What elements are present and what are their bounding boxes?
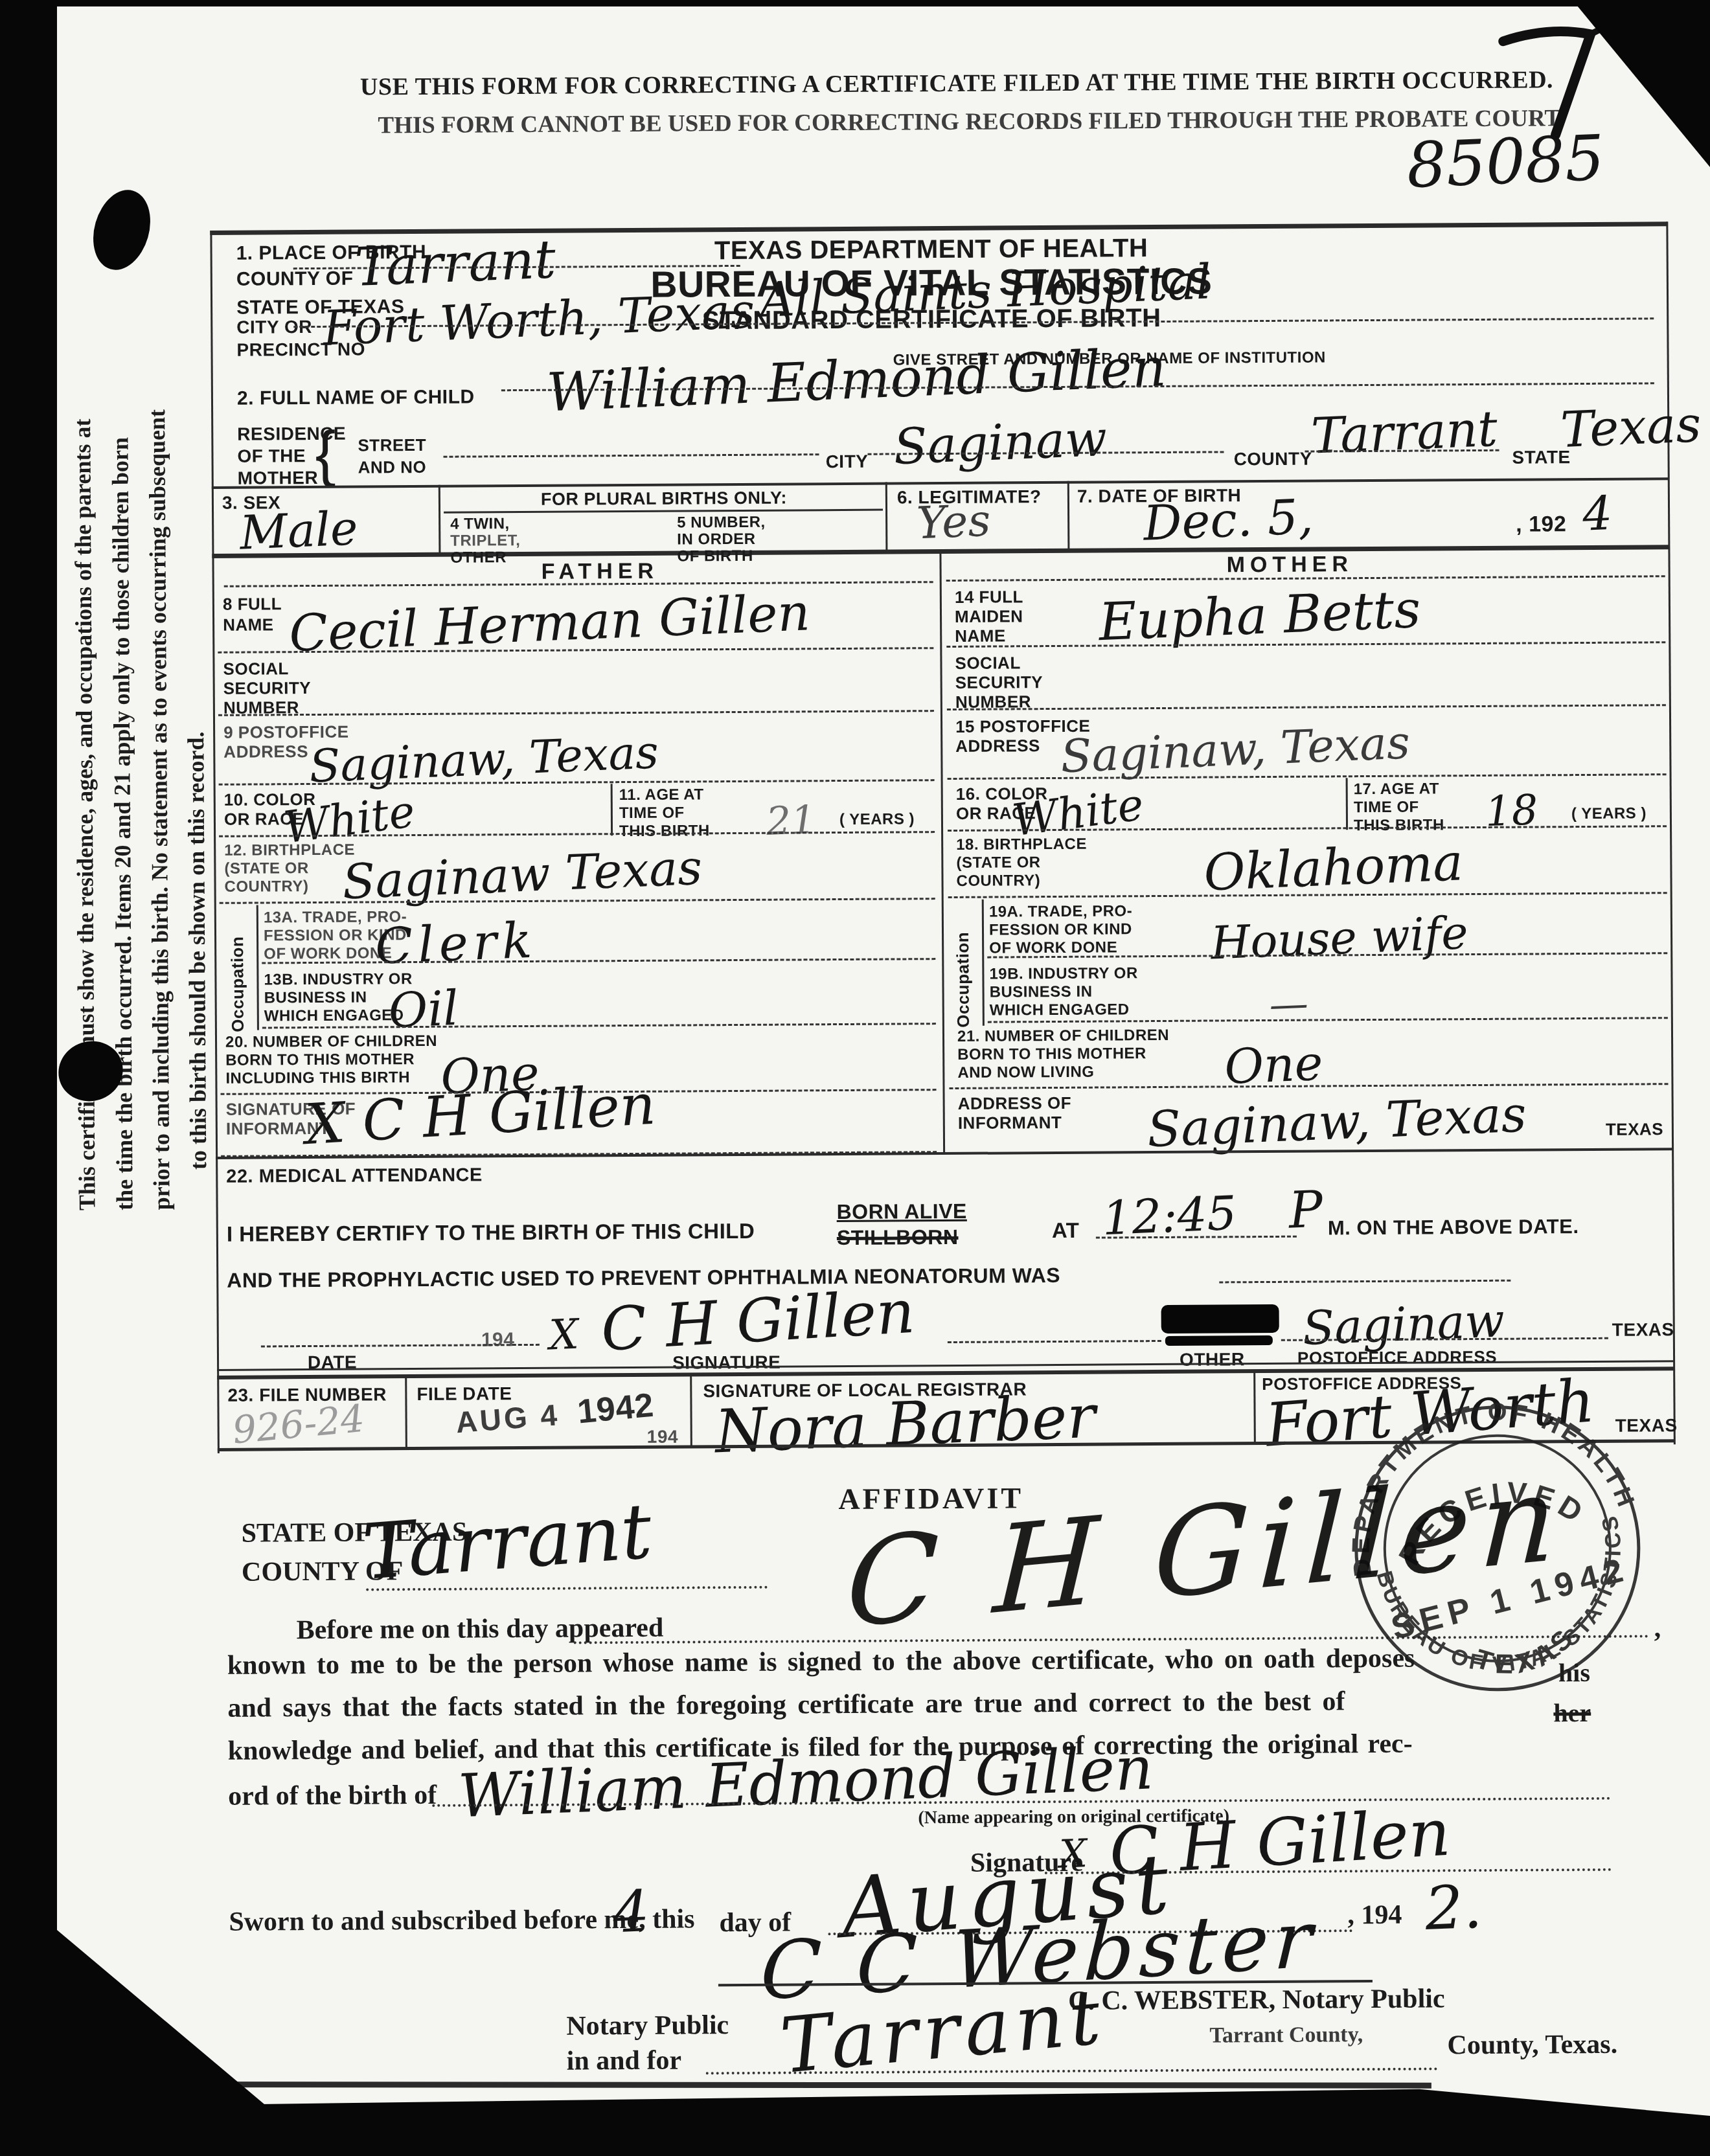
father-age-label2: TIME OF: [619, 804, 685, 823]
mother-children-label1: 21. NUMBER OF CHILDREN: [957, 1027, 1169, 1047]
res-county-value: Tarrant: [1310, 400, 1499, 465]
father-trade-value: Clerk: [374, 911, 538, 975]
mother-bp-value: Oklahoma: [1203, 834, 1465, 902]
legitimate-value: Yes: [916, 495, 992, 550]
sigrow-state: TEXAS: [1612, 1319, 1674, 1341]
mother-name-label2: MAIDEN: [955, 606, 1023, 627]
struck-word-blob: [1161, 1304, 1279, 1333]
mother-addr-label2: INFORMANT: [958, 1113, 1062, 1133]
plural-b3: OF BIRTH: [677, 547, 753, 567]
father-age-label1: 11. AGE AT: [619, 786, 704, 805]
father-ssn-label1: SOCIAL: [223, 659, 288, 679]
certify-text: I HEREBY CERTIFY TO THE BIRTH OF THIS CH…: [227, 1218, 755, 1247]
father-years-label: ( YEARS ): [839, 810, 915, 830]
father-bp-label3: COUNTRY): [224, 878, 308, 897]
certify-tail: M. ON THE ABOVE DATE.: [1328, 1214, 1579, 1240]
sigrow-194: 194: [481, 1328, 515, 1352]
sex-row-v1: [439, 485, 441, 554]
margin-note-line2: the time the birth occurred. Items 20 an…: [106, 437, 138, 1210]
mother-po-line: [948, 773, 1667, 780]
scanned-birth-certificate: USE THIS FORM FOR CORRECTING A CERTIFICA…: [0, 0, 1710, 2156]
mother-addr-value: Saginaw, Texas: [1146, 1085, 1527, 1158]
plural-a3: OTHER: [450, 549, 507, 567]
sworn-year-printed: , 194: [1347, 1900, 1402, 1931]
mother-header: MOTHER: [1226, 551, 1353, 578]
notary-printed-name: C. C. WEBSTER, Notary Public: [1068, 1983, 1445, 2017]
mother-po-label2: ADDRESS: [955, 736, 1040, 756]
residence-label2: OF THE: [237, 445, 306, 467]
father-name-label2: NAME: [223, 615, 274, 635]
father-ssn-line: [218, 710, 934, 716]
margin-note-line4: to this birth should be shown on this re…: [182, 731, 212, 1170]
mother-age-label2: TIME OF: [1354, 799, 1419, 817]
mother-occupation-vertical: Occupation: [953, 932, 974, 1028]
father-occ-divider: [256, 905, 259, 1030]
father-age-value: 21: [766, 797, 817, 845]
certify-at-label: AT: [1052, 1218, 1080, 1243]
medical-attendance-label: 22. MEDICAL ATTENDANCE: [226, 1164, 483, 1188]
plural-a1: 4 TWIN,: [450, 515, 510, 534]
father-header: FATHER: [541, 558, 659, 585]
file-date-stamp-year: 1942: [576, 1385, 655, 1433]
mother-bp-label2: (STATE OR: [956, 854, 1040, 873]
mother-trade-value: House wife: [1210, 906, 1470, 970]
father-ssn-label2: SECURITY: [223, 678, 312, 699]
affidavit-line2: known to me to be the person whose name …: [227, 1643, 1415, 1681]
filerow-v2: [690, 1375, 692, 1446]
mother-ssn-line: [947, 704, 1666, 710]
affidavit-line5: ord of the birth of: [228, 1780, 437, 1812]
mother-years-label: ( YEARS ): [1571, 804, 1647, 824]
mother-name-label3: NAME: [955, 626, 1006, 646]
res-city-label: CITY: [825, 451, 868, 473]
notary-tail: County, Texas.: [1447, 2029, 1617, 2061]
mother-age-value: 18: [1484, 786, 1538, 836]
sigrow-po-label: POSTOFFICE ADDRESS: [1297, 1347, 1497, 1368]
filerow-v3: [1253, 1372, 1256, 1443]
father-children-label1: 20. NUMBER OF CHILDREN: [225, 1032, 437, 1052]
notary-public-label: Notary Public: [566, 2010, 729, 2042]
her-word-struck: her: [1553, 1697, 1591, 1728]
registrar-signature: Nora Barber: [714, 1381, 1097, 1466]
affidavit-line3: and says that the facts stated in the fo…: [227, 1686, 1345, 1724]
margin-note-line3: prior to and including this birth. No st…: [143, 409, 176, 1210]
father-children-label3: INCLUDING THIS BIRTH: [225, 1069, 410, 1089]
born-alive-option: BORN ALIVE: [837, 1199, 967, 1225]
county-of-label: COUNTY OF: [236, 267, 354, 291]
mother-age-divider: [1346, 778, 1348, 830]
certificate-content: USE THIS FORM FOR CORRECTING A CERTIFICA…: [0, 0, 1710, 2156]
father-age-label3: THIS BIRTH: [619, 822, 710, 841]
mother-ind-label2: BUSINESS IN: [990, 983, 1093, 1003]
mother-addr-label1: ADDRESS OF: [958, 1093, 1072, 1114]
mother-name-value: Eupha Betts: [1097, 579, 1422, 652]
sworn-day: 4: [611, 1878, 650, 1946]
father-occupation-vertical: Occupation: [227, 936, 248, 1032]
mother-trade-label1: 19A. TRADE, PRO-: [989, 902, 1133, 922]
father-bp-label2: (STATE OR: [224, 859, 308, 879]
father-age-divider: [611, 784, 613, 835]
notary-county-typed: Tarrant County,: [1209, 2023, 1363, 2048]
filerow-194: 194: [647, 1426, 678, 1448]
plural-a2: TRIPLET,: [450, 532, 520, 550]
sex-row-v2: [885, 482, 888, 552]
in-and-for-label: in and for: [567, 2045, 682, 2077]
bottom-edge-line: [87, 2082, 1431, 2089]
birth-ampm-value: P: [1288, 1181, 1324, 1240]
mother-po-value: Saginaw, Texas: [1060, 716, 1411, 783]
top-note-line2: THIS FORM CANNOT BE USED FOR CORRECTING …: [378, 104, 1560, 139]
top-note-line1: USE THIS FORM FOR CORRECTING A CERTIFICA…: [360, 65, 1553, 101]
mother-ind-label3: WHICH ENGAGED: [990, 1001, 1130, 1020]
mother-ssn-label1: SOCIAL: [955, 653, 1020, 674]
column-divider: [939, 551, 945, 1153]
header-rule: [210, 221, 1667, 235]
sex-value: Male: [239, 501, 359, 560]
mother-children-label2: BORN TO THIS MOTHER: [957, 1045, 1146, 1065]
mother-children-label3: AND NOW LIVING: [957, 1063, 1094, 1083]
residence-brace: {: [315, 416, 336, 491]
mother-trade-label2: FESSION OR KIND: [989, 920, 1132, 940]
county-of-value: Tarrant: [354, 229, 557, 299]
res-county-label: COUNTY: [1233, 448, 1312, 470]
father-ind-label3: WHICH ENGAGED: [264, 1006, 404, 1026]
street-label1: STREET: [358, 435, 426, 456]
sigrow-line-b: [948, 1340, 1161, 1343]
res-state-value: Texas: [1560, 395, 1702, 459]
street-fill-line: [444, 453, 819, 458]
prophylactic-text: AND THE PROPHYLACTIC USED TO PREVENT OPH…: [227, 1263, 1060, 1293]
mother-bp-label1: 18. BIRTHPLACE: [956, 835, 1087, 855]
sigrow-other-label: OTHER: [1180, 1348, 1245, 1370]
res-city-value: Saginaw: [893, 409, 1108, 475]
file-date-stamp: AUG 4: [455, 1397, 561, 1440]
mother-bp-label3: COUNTRY): [956, 872, 1040, 891]
father-po-label2: ADDRESS: [223, 742, 308, 762]
mother-ssn-label2: SECURITY: [955, 672, 1043, 693]
father-name-label1: 8 FULL: [223, 594, 282, 615]
mother-name-label1: 14 FULL: [955, 587, 1023, 607]
sigrow-signature-label: SIGNATURE: [672, 1352, 781, 1374]
struck-word-bar: [1165, 1335, 1273, 1346]
filerow-v1: [405, 1377, 407, 1448]
mother-occ-divider: [982, 900, 985, 1026]
form-left-border: [210, 231, 220, 1453]
mother-age-label3: THIS BIRTH: [1354, 816, 1444, 835]
father-ind-value: Oil: [387, 981, 459, 1039]
sworn-year-hw: 2.: [1424, 1872, 1483, 1944]
dob-value: Dec. 5,: [1142, 489, 1314, 552]
dob-year-hw: 4: [1581, 486, 1613, 541]
sigrow-po-value: Saginaw: [1301, 1293, 1505, 1356]
mother-age-label1: 17. AGE AT: [1354, 780, 1439, 799]
father-ind-label2: BUSINESS IN: [264, 988, 367, 1008]
father-children-label2: BORN TO THIS MOTHER: [225, 1050, 415, 1071]
sex-row-v3: [1067, 481, 1070, 550]
child-name-label: 2. FULL NAME OF CHILD: [237, 385, 475, 410]
plural-header: FOR PLURAL BIRTHS ONLY:: [444, 487, 884, 511]
street-label2: AND NO: [358, 457, 427, 478]
affidavit-county-value: Tarrant: [359, 1486, 655, 1596]
father-bp-label1: 12. BIRTHPLACE: [224, 841, 355, 861]
mother-addr-state: TEXAS: [1606, 1119, 1663, 1140]
prophylactic-line: [1219, 1280, 1510, 1284]
stillborn-option: STILLBORN: [837, 1225, 959, 1251]
dob-year-printed: , 192: [1516, 511, 1566, 538]
sigrow-x: X: [548, 1311, 580, 1360]
mother-ind-label1: 19B. INDUSTRY OR: [989, 964, 1138, 984]
